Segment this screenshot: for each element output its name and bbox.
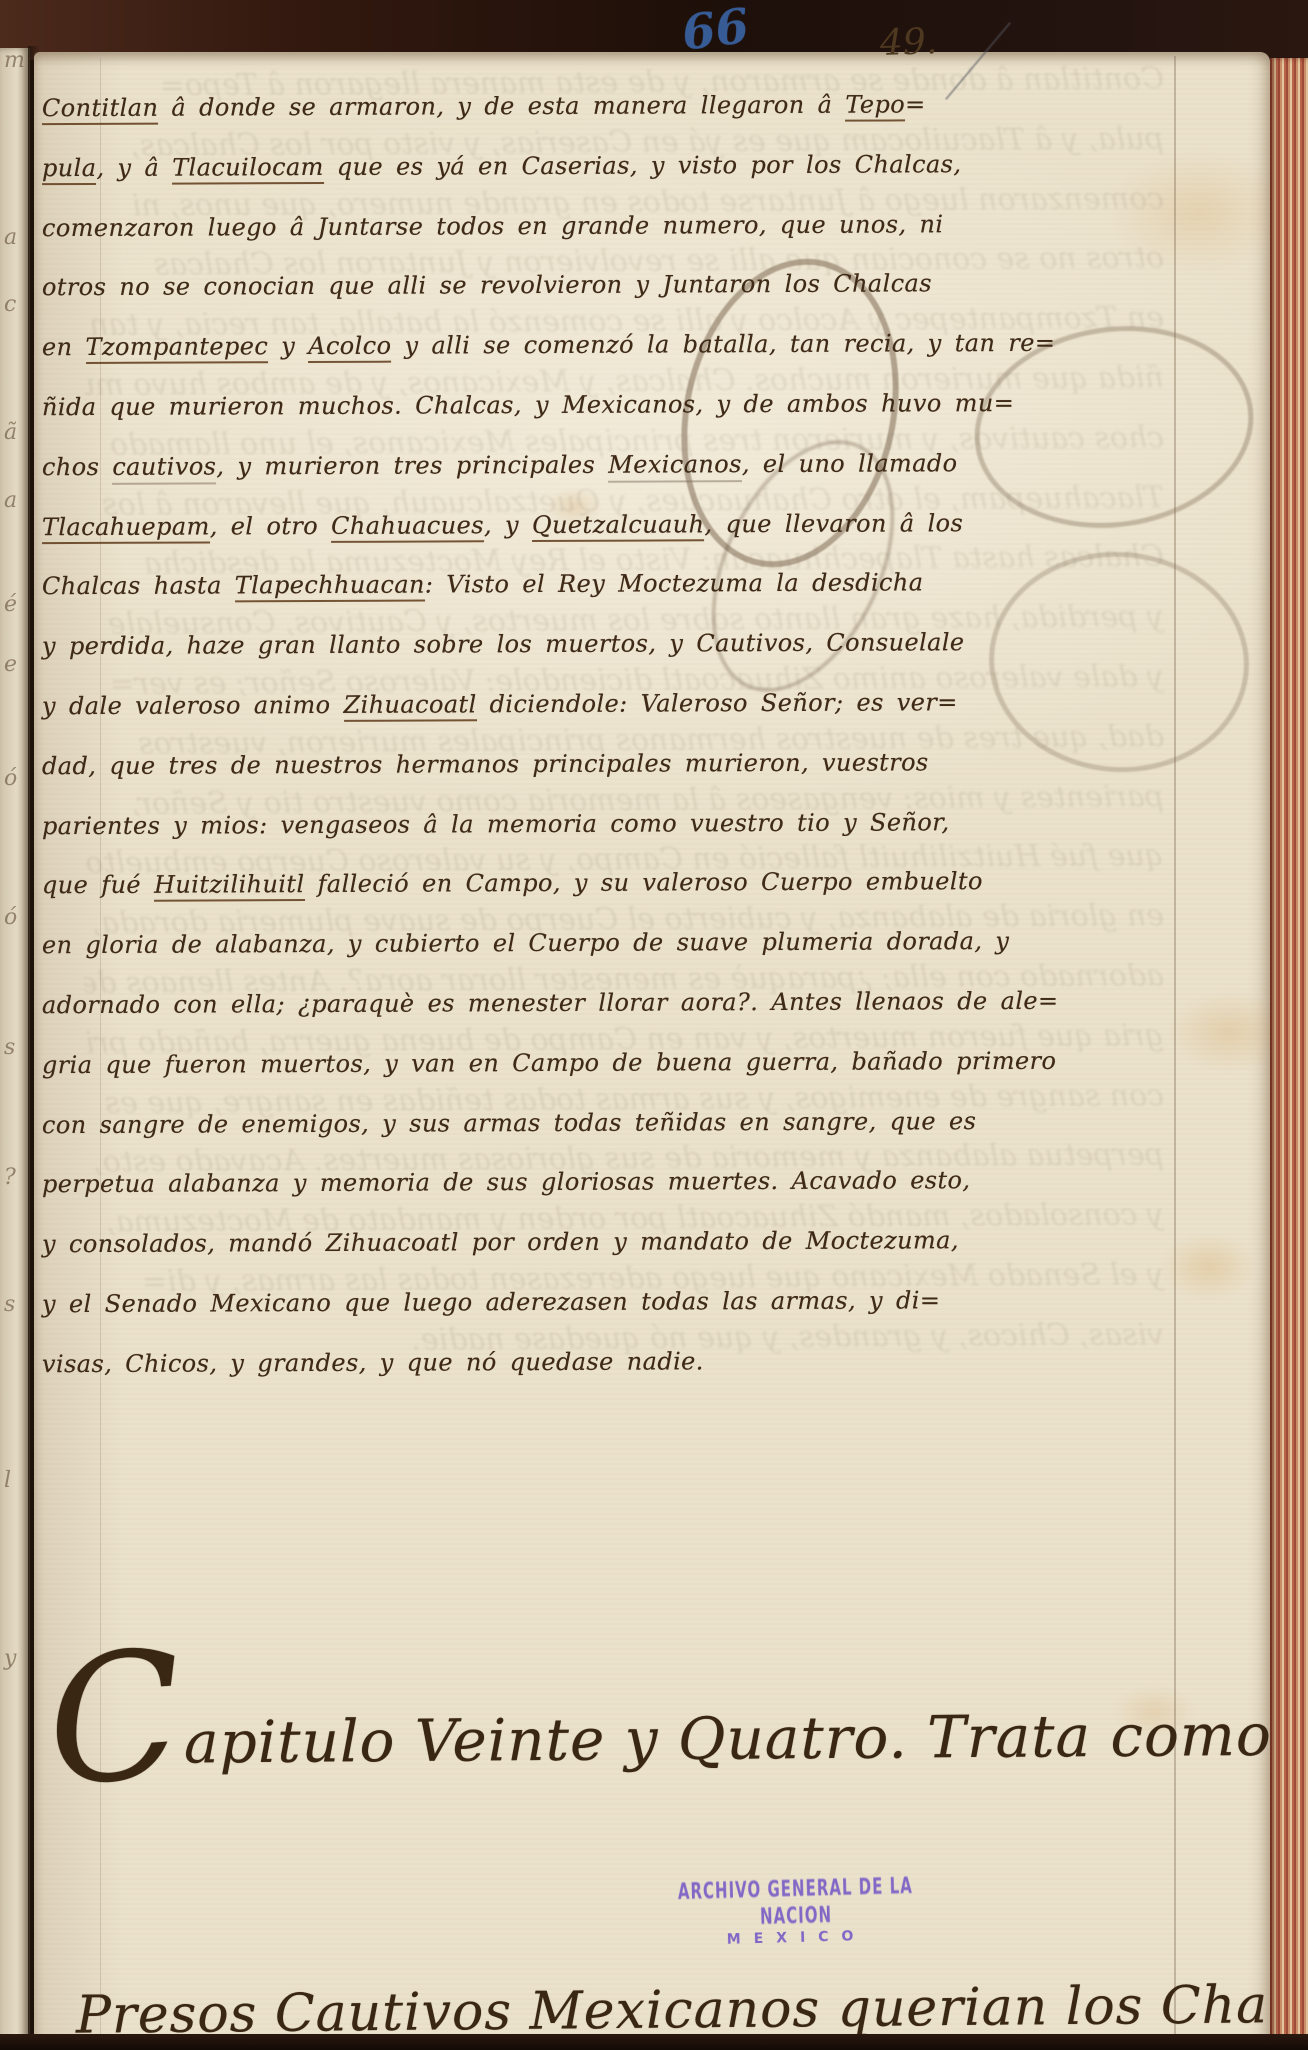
text-segment: comenzaron luego â Juntarse todos en gra… <box>42 210 944 242</box>
text-segment: ñida que murieron muchos. Chalcas, y Mex… <box>42 389 1014 421</box>
manuscript-line: adornado con ella; ¿paraquè es menester … <box>42 987 1042 1019</box>
manuscript-line: pula, y â Tlacuilocam que es yá en Caser… <box>42 150 1042 182</box>
book-fore-edge <box>1270 58 1308 2050</box>
manuscript-line: y consolados, mandó Zihuacoatl por orden… <box>42 1226 1042 1258</box>
text-segment: , el uno llamado <box>742 449 958 478</box>
text-segment: visas, Chicos, y grandes, y que nó queda… <box>42 1347 704 1378</box>
text-segment: perpetua alabanza y memoria de sus glori… <box>42 1167 971 1199</box>
margin-fragment: s <box>4 1292 15 1317</box>
underlined-word: cautivos <box>112 452 216 484</box>
underlined-word: Tlacahuepam <box>42 512 210 544</box>
margin-fragment: ? <box>4 1165 16 1190</box>
manuscript-line: chos cautivos, y murieron tres principal… <box>42 449 1042 481</box>
underlined-word: Tepo <box>845 90 905 121</box>
text-segment: dad, que tres de nuestros hermanos princ… <box>42 748 929 780</box>
text-segment: y <box>268 332 308 360</box>
text-segment: y consolados, mandó Zihuacoatl por orden… <box>42 1226 959 1258</box>
manuscript-line: gria que fueron muertos, y van en Campo … <box>42 1047 1042 1079</box>
text-segment: , el otro <box>210 512 332 541</box>
text-segment: que es yá en Caserias, y visto por los C… <box>324 150 962 181</box>
margin-fragment: ó <box>4 766 17 791</box>
margin-fragment: s <box>4 1035 15 1060</box>
underlined-word: Chahuacues <box>331 511 484 543</box>
heading-initial-capital: C <box>42 1628 188 1812</box>
underlined-word: Tzompantepec <box>85 332 268 364</box>
text-segment: falleció en Campo, y su valeroso Cuerpo … <box>304 867 982 898</box>
margin-fragment: ã <box>4 420 17 445</box>
manuscript-line: con sangre de enemigos, y sus armas toda… <box>42 1106 1042 1138</box>
text-segment: y alli se comenzó la batalla, tan recia,… <box>391 329 1055 360</box>
page-number-ink: 49. <box>879 21 938 64</box>
folio-number-pencil: 66 <box>679 0 752 62</box>
margin-fragment: l <box>4 1468 11 1493</box>
underlined-word: Quetzalcuauh <box>532 510 705 542</box>
text-segment: diciendole: Valeroso Señor; es ver= <box>477 688 958 718</box>
margin-fragment: y <box>4 1646 16 1671</box>
manuscript-line: perpetua alabanza y memoria de sus glori… <box>42 1166 1042 1198</box>
text-segment: gria que fueron muertos, y van en Campo … <box>42 1047 1056 1079</box>
margin-fragment: ó <box>4 905 17 930</box>
text-segment: y dale valeroso animo <box>42 691 344 720</box>
text-segment: , y â <box>96 153 172 181</box>
text-segment: chos <box>42 453 112 481</box>
manuscript-line: en gloria de alabanza, y cubierto el Cue… <box>42 927 1042 959</box>
text-segment: , y <box>484 511 532 539</box>
margin-fragment: é <box>4 592 17 617</box>
text-segment: parientes y mios: vengaseos â la memoria… <box>42 808 950 840</box>
manuscript-line: y el Senado Mexicano que luego aderezase… <box>42 1286 1042 1318</box>
underlined-word: Zihuacoatl <box>343 690 476 722</box>
manuscript-line: Chalcas hasta Tlapechhuacan: Visto el Re… <box>42 568 1042 600</box>
manuscript-line: y perdida, haze gran llanto sobre los mu… <box>42 628 1042 660</box>
stamp-text-line1: ARCHIVO GENERAL DE LA NACION <box>645 1871 946 1933</box>
text-segment: , que llevaron â los <box>704 509 963 538</box>
text-segment: , y murieron tres principales <box>216 451 608 481</box>
manuscript-line: dad, que tres de nuestros hermanos princ… <box>42 748 1042 780</box>
text-segment: : Visto el Rey Moctezuma la desdicha <box>425 569 924 599</box>
text-segment: adornado con ella; ¿paraquè es menester … <box>42 987 1059 1019</box>
manuscript-line: visas, Chicos, y grandes, y que nó queda… <box>42 1346 1042 1378</box>
text-segment: que fué <box>42 871 154 899</box>
manuscript-line: ñida que murieron muchos. Chalcas, y Mex… <box>42 389 1042 421</box>
margin-fragment: m <box>4 48 25 73</box>
margin-fragment: e <box>4 652 17 677</box>
margin-fragment: a <box>4 488 17 513</box>
chapter-heading-line-1: apitulo Veinte y Quatro. Trata como de l… <box>184 1700 1308 1777</box>
underlined-word: Contitlan <box>42 94 158 126</box>
underlined-word: Mexicanos <box>608 450 742 483</box>
underlined-word: Tlacuilocam <box>172 153 324 185</box>
manuscript-line: otros no se conocian que alli se revolvi… <box>42 269 1042 301</box>
text-segment: en gloria de alabanza, y cubierto el Cue… <box>42 927 1009 959</box>
manuscript-line: Contitlan â donde se armaron, y de esta … <box>42 90 1042 122</box>
book-binding-top <box>0 0 1308 60</box>
underlined-word: pula <box>42 154 97 185</box>
text-segment: otros no se conocian que alli se revolvi… <box>42 270 932 302</box>
manuscript-line: en Tzompantepec y Acolco y alli se comen… <box>42 329 1042 361</box>
manuscript-line: Tlacahuepam, el otro Chahuacues, y Quetz… <box>42 508 1042 540</box>
manuscript-line: que fué Huitzilihuitl falleció en Campo,… <box>42 867 1042 899</box>
text-segment: con sangre de enemigos, y sus armas toda… <box>42 1107 976 1139</box>
text-segment: = <box>905 90 926 118</box>
underlined-word: Huitzilihuitl <box>154 870 305 902</box>
book-binding-bottom <box>0 2034 1308 2050</box>
margin-fragment: c <box>4 292 16 317</box>
margin-fragment: a <box>4 225 17 250</box>
text-segment: en <box>42 333 86 361</box>
manuscript-page: Contitlan â donde se armaron, y de esta … <box>34 52 1270 2050</box>
underlined-word: Acolco <box>308 332 391 363</box>
underlined-word: Tlapechhuacan <box>235 571 425 603</box>
manuscript-line: y dale valeroso animo Zihuacoatl diciend… <box>42 688 1042 720</box>
manuscript-line: parientes y mios: vengaseos â la memoria… <box>42 807 1042 839</box>
text-segment: â donde se armaron, y de esta manera lle… <box>158 91 845 122</box>
manuscript-line: comenzaron luego â Juntarse todos en gra… <box>42 209 1042 241</box>
text-segment: Chalcas hasta <box>42 572 235 601</box>
archive-stamp: ARCHIVO GENERAL DE LA NACION MEXICO <box>645 1880 947 1950</box>
text-segment: y perdida, haze gran llanto sobre los mu… <box>42 628 965 660</box>
text-segment: y el Senado Mexicano que luego aderezase… <box>42 1286 940 1318</box>
